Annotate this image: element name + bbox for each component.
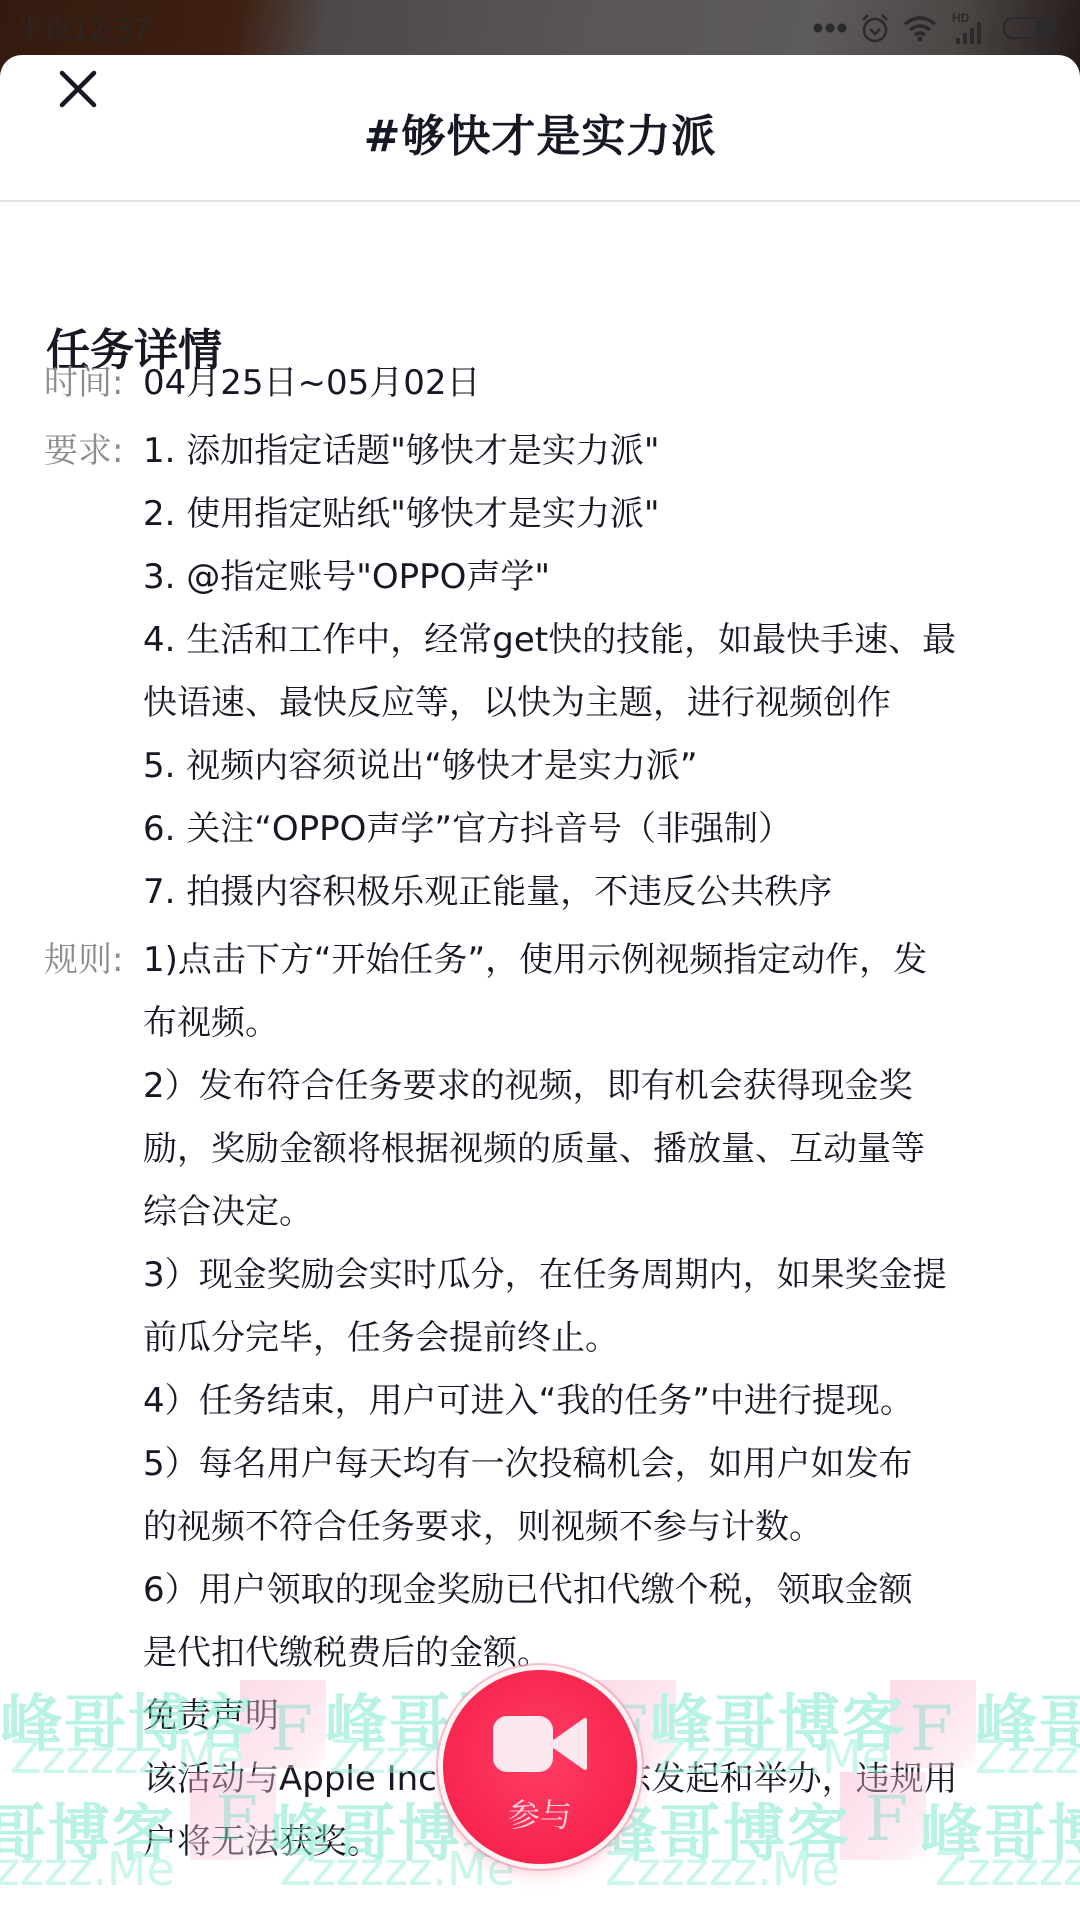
page-title: #够快才是实力派 [0,100,1080,164]
rule-item: 4）任务结束，用户可进入“我的任务”中进行提现。 [143,1370,1063,1433]
requirement-item: 1. 添加指定话题"够快才是实力派" [143,420,1063,483]
rule-item: 励，奖励金额将根据视频的质量、播放量、互动量等 [143,1118,1063,1181]
wifi-icon [902,14,938,42]
alarm-icon [860,12,890,44]
time-value: 04月25日~05月02日 [143,352,1063,415]
participate-label: 参与 [443,1790,637,1836]
rule-item: 的视频不符合任务要求，则视频不参与计数。 [143,1496,1063,1559]
requirement-item: 5. 视频内容须说出“够快才是实力派” [143,735,1063,798]
task-detail-sheet: #够快才是实力派 任务详情 时间: 04月25日~05月02日 要求: 1. 添… [0,55,1080,1920]
rule-item: 3）现金奖励会实时瓜分，在任务周期内，如果奖金提 [143,1244,1063,1307]
svg-text:HD: HD [952,11,970,25]
rule-item: 布视频。 [143,992,1063,1055]
requirement-item: 快语速、最快反应等，以快为主题，进行视频创作 [143,672,1063,735]
rule-item: 前瓜分完毕，任务会提前终止。 [143,1307,1063,1370]
status-icons: HD [812,10,1058,46]
rule-item: 6）用户领取的现金奖励已代扣代缴个税，领取金额 [143,1559,1063,1622]
video-camera-icon [493,1716,587,1780]
more-dots-icon [812,22,848,34]
rule-item: 综合决定。 [143,1181,1063,1244]
requirement-item: 6. 关注“OPPO声学”官方抖音号（非强制） [143,798,1063,861]
requirements-label: 要求: [44,420,144,483]
requirement-item: 7. 拍摄内容积极乐观正能量，不违反公共秩序 [143,861,1063,924]
rule-item: 1)点击下方“开始任务”，使用示例视频指定动作，发 [143,929,1063,992]
sheet-header: #够快才是实力派 [0,55,1080,202]
participate-button[interactable]: 参与 [443,1670,637,1864]
status-time: 半夜12:37 [16,8,149,48]
requirement-item: 2. 使用指定贴纸"够快才是实力派" [143,483,1063,546]
rule-item: 是代扣代缴税费后的金额。 [143,1622,1063,1685]
requirement-item: 4. 生活和工作中，经常get快的技能，如最快手速、最 [143,609,1063,672]
requirement-item: 3. @指定账号"OPPO声学" [143,546,1063,609]
battery-icon [1002,15,1058,41]
rule-item: 2）发布符合任务要求的视频，即有机会获得现金奖 [143,1055,1063,1118]
time-label: 时间: [44,352,144,415]
hd-signal-icon: HD [950,10,990,46]
rule-item: 5）每名用户每天均有一次投稿机会，如用户如发布 [143,1433,1063,1496]
requirements-list: 1. 添加指定话题"够快才是实力派" 2. 使用指定贴纸"够快才是实力派" 3.… [143,420,1063,924]
rules-label: 规则: [44,929,144,992]
status-bar: 半夜12:37 HD [0,0,1080,55]
